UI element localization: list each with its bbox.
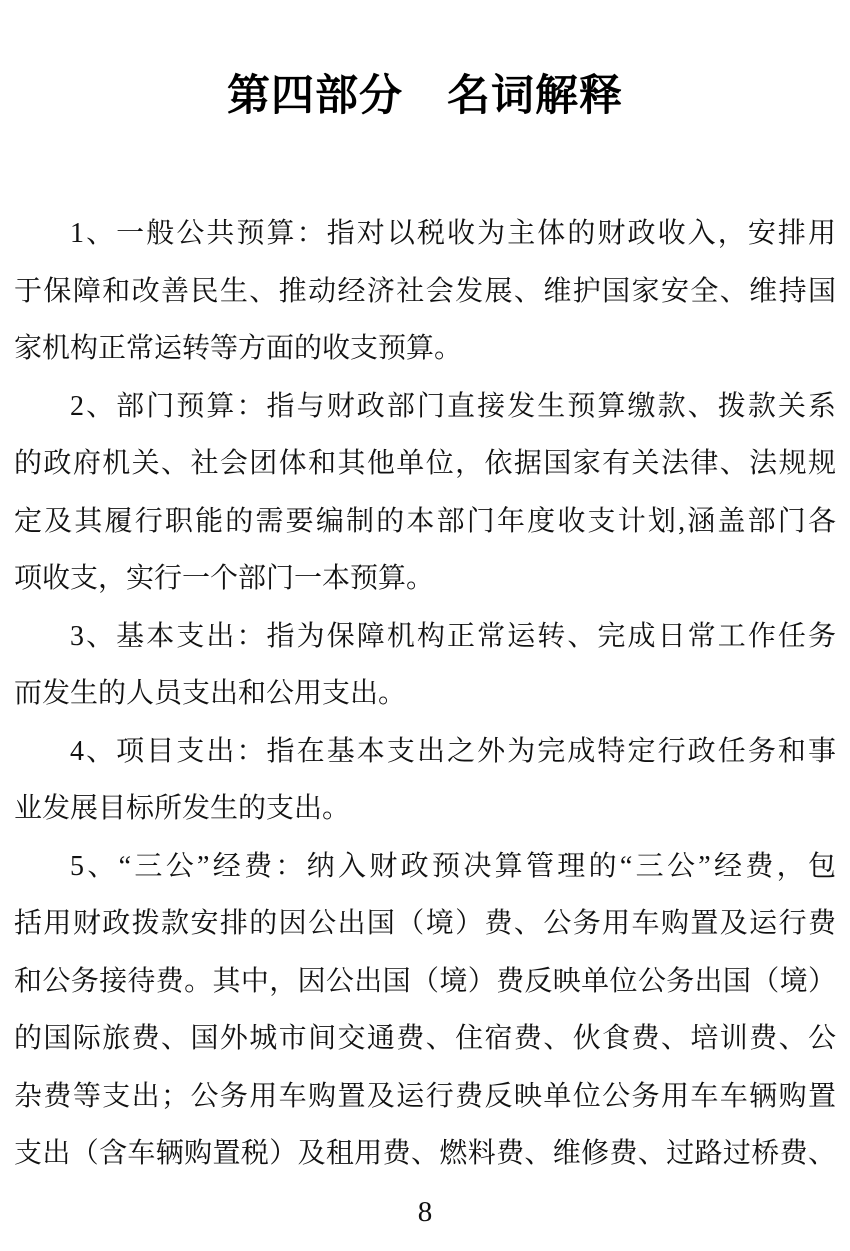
text-line: 的政府机关、社会团体和其他单位，依据国家有关法律、法规规 — [14, 435, 836, 493]
text-line: 定及其履行职能的需要编制的本部门年度收支计划,涵盖部门各 — [14, 493, 836, 551]
text-line: 项收支，实行一个部门一本预算。 — [14, 550, 836, 608]
page-title: 第四部分 名词解释 — [0, 0, 850, 123]
text-line: 括用财政拨款安排的因公出国（境）费、公务用车购置及运行费 — [14, 895, 836, 953]
page-number: 8 — [0, 1196, 850, 1229]
para-project-expenditure: 4、项目支出：指在基本支出之外为完成特定行政任务和事 业发展目标所发生的支出。 — [14, 723, 836, 838]
text-line: 1、一般公共预算：指对以税收为主体的财政收入，安排用 — [14, 205, 836, 263]
text-line: 家机构正常运转等方面的收支预算。 — [14, 320, 836, 378]
para-general-public-budget: 1、一般公共预算：指对以税收为主体的财政收入，安排用 于保障和改善民生、推动经济… — [14, 205, 836, 378]
text-line: 杂费等支出；公务用车购置及运行费反映单位公务用车车辆购置 — [14, 1068, 836, 1126]
text-line: 于保障和改善民生、推动经济社会发展、维护国家安全、维持国 — [14, 263, 836, 321]
document-page: 第四部分 名词解释 1、一般公共预算：指对以税收为主体的财政收入，安排用 于保障… — [0, 0, 850, 1251]
text-line: 支出（含车辆购置税）及租用费、燃料费、维修费、过路过桥费、 — [14, 1125, 836, 1183]
text-line: 4、项目支出：指在基本支出之外为完成特定行政任务和事 — [14, 723, 836, 781]
para-department-budget: 2、部门预算：指与财政部门直接发生预算缴款、拨款关系 的政府机关、社会团体和其他… — [14, 378, 836, 608]
text-line: 而发生的人员支出和公用支出。 — [14, 665, 836, 723]
document-body: 1、一般公共预算：指对以税收为主体的财政收入，安排用 于保障和改善民生、推动经济… — [14, 205, 836, 1183]
para-three-public-funds: 5、“三公”经费：纳入财政预决算管理的“三公”经费，包 括用财政拨款安排的因公出… — [14, 838, 836, 1183]
text-line: 2、部门预算：指与财政部门直接发生预算缴款、拨款关系 — [14, 378, 836, 436]
text-line: 5、“三公”经费：纳入财政预决算管理的“三公”经费，包 — [14, 838, 836, 896]
text-line: 和公务接待费。其中，因公出国（境）费反映单位公务出国（境） — [14, 953, 836, 1011]
text-line: 3、基本支出：指为保障机构正常运转、完成日常工作任务 — [14, 608, 836, 666]
para-basic-expenditure: 3、基本支出：指为保障机构正常运转、完成日常工作任务 而发生的人员支出和公用支出… — [14, 608, 836, 723]
text-line: 业发展目标所发生的支出。 — [14, 780, 836, 838]
text-line: 的国际旅费、国外城市间交通费、住宿费、伙食费、培训费、公 — [14, 1010, 836, 1068]
